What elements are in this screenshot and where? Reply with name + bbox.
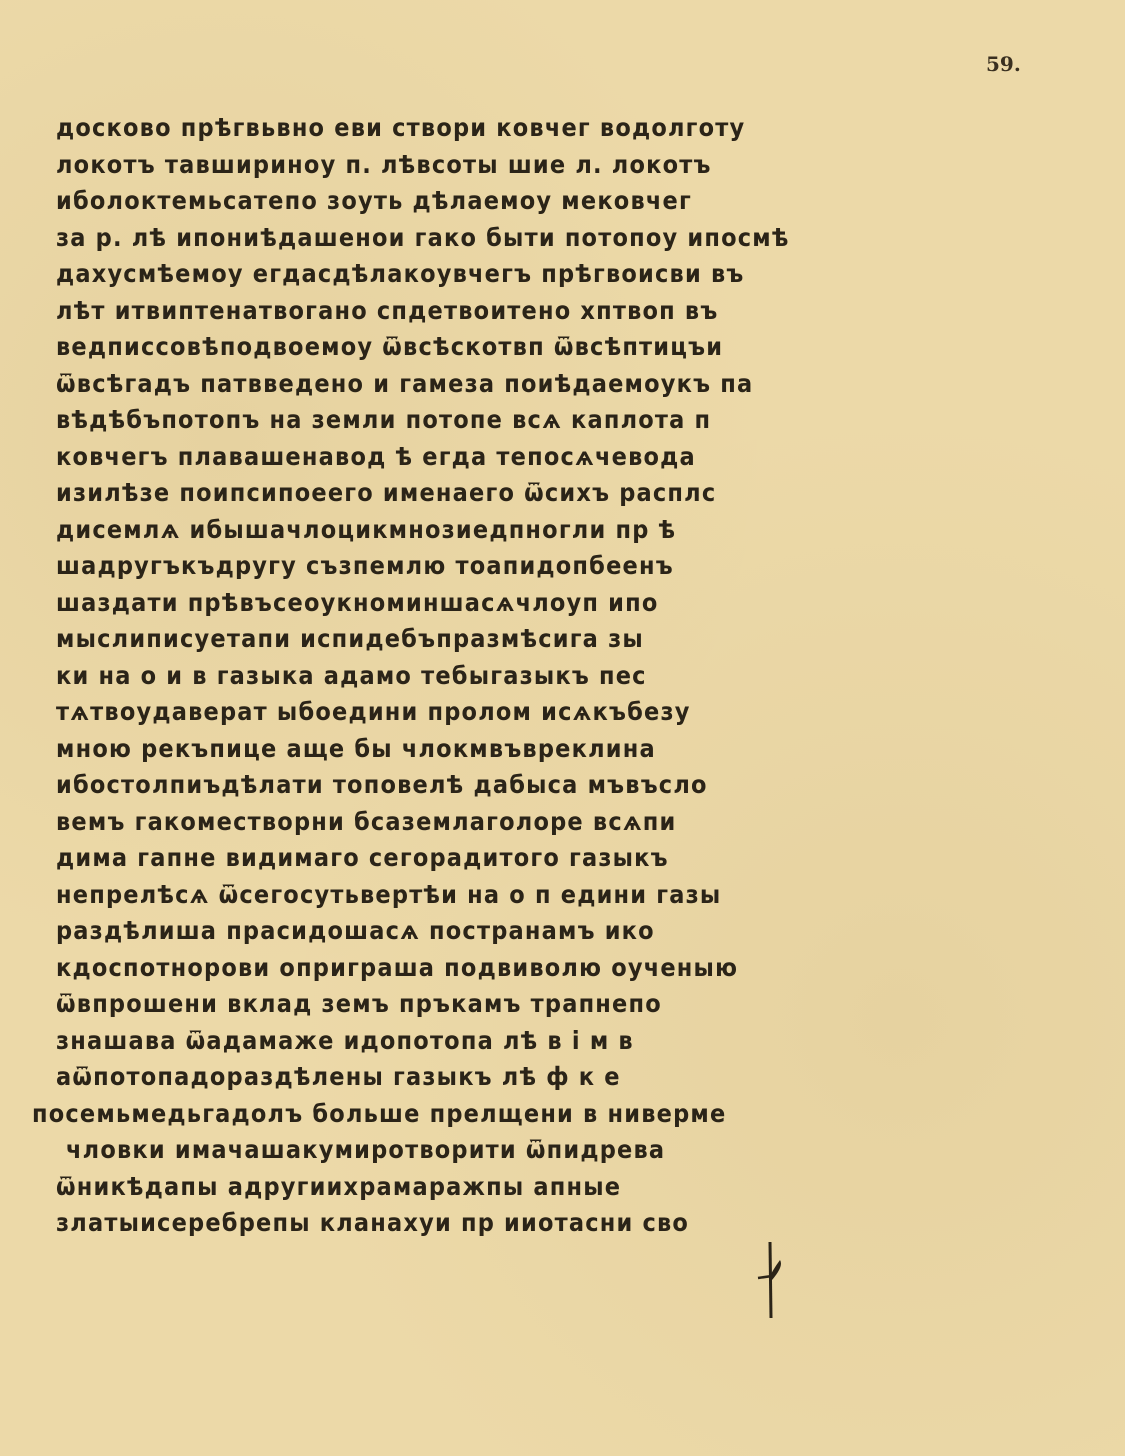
text-line: изилѣзе поипсипоеего именаего ѿсихъ расп… xyxy=(56,475,1046,512)
text-line: вѣдѣбъпотопъ на земли потопе всѧ каплота… xyxy=(56,402,1046,439)
text-line: мыслиписуетапи испидебъпразмѣсига зы xyxy=(56,621,1046,658)
text-line: раздѣлиша прасидошасѧ постранамъ ико xyxy=(56,913,1046,950)
text-line: мною рекъпице аще бы члокмвъвреклина xyxy=(56,731,1046,768)
text-line: ѿвпрошени вклад земъ пръкамъ трапнепо xyxy=(56,986,1046,1023)
text-line: чловки имачашакумиротворити ѿпидрева xyxy=(56,1132,1046,1169)
text-line: аѿпотопадораздѣлены газыкъ лѣ ф к е xyxy=(56,1059,1046,1096)
text-line: лѣт итвиптенатвогано спдетвоитено хптвоп… xyxy=(56,293,1046,330)
text-line: шаздати прѣвъсеоукноминшасѧчлоуп ипо xyxy=(56,585,1046,622)
text-line: за р. лѣ ипониѣдашенои гако быти потопоу… xyxy=(56,220,1046,257)
text-line: непрелѣсѧ ѿсегосутьвертѣи на о п едини г… xyxy=(56,877,1046,914)
manuscript-text-block: досково прѣгвьвно еви створи ковчег водо… xyxy=(56,110,1046,1242)
text-line: ѿвсѣгадъ патвведено и гамеза поиѣдаемоук… xyxy=(56,366,1046,403)
text-line: ки на о и в газыка адамо тебыгазыкъ пес xyxy=(56,658,1046,695)
text-line: ковчегъ плавашенавод ѣ егда тепосѧчевода xyxy=(56,439,1046,476)
text-line: дахусмѣемоу егдасдѣлакоувчегъ прѣгвоисви… xyxy=(56,256,1046,293)
text-line: златыисеребрепы кланахуи пр ииотасни сво xyxy=(56,1205,1046,1242)
text-line: вемъ гакоместворни бсаземлаголоре всѧпи xyxy=(56,804,1046,841)
text-line: ведписсовѣподвоемоу ѿвсѣскотвп ѿвсѣптицъ… xyxy=(56,329,1046,366)
page-number: 59. xyxy=(986,52,1021,76)
text-line: знашава ѿадамаже идопотопа лѣ в і м в xyxy=(56,1023,1046,1060)
text-line: тѧтвоудаверат ыбоедини пролом исѧкъбезу xyxy=(56,694,1046,731)
end-cross-flourish-icon xyxy=(750,1240,790,1320)
text-line: досково прѣгвьвно еви створи ковчег водо… xyxy=(56,110,1046,147)
text-line: посемьмедьгадолъ больше прелщени в нивер… xyxy=(32,1096,1046,1133)
text-line: ѿникѣдапы адругиихрамаражпы апные xyxy=(56,1169,1046,1206)
text-line: дисемлѧ ибышачлоцикмнозиедпногли пр ѣ xyxy=(56,512,1046,549)
text-line: шадругъкъдругу съзпемлю тоапидопбеенъ xyxy=(56,548,1046,585)
text-line: иболоктемьсатепо зоуть дѣлаемоу мековчег xyxy=(56,183,1046,220)
text-line: дима гапне видимаго сегорадитого газыкъ xyxy=(56,840,1046,877)
text-line: ибостолпиъдѣлати топовелѣ дабыса мъвъсло xyxy=(56,767,1046,804)
text-line: локотъ тавшириноу п. лѣвсоты шие л. локо… xyxy=(56,147,1046,184)
text-line: кдоспотнорови оприграша подвиволю оучены… xyxy=(56,950,1046,987)
